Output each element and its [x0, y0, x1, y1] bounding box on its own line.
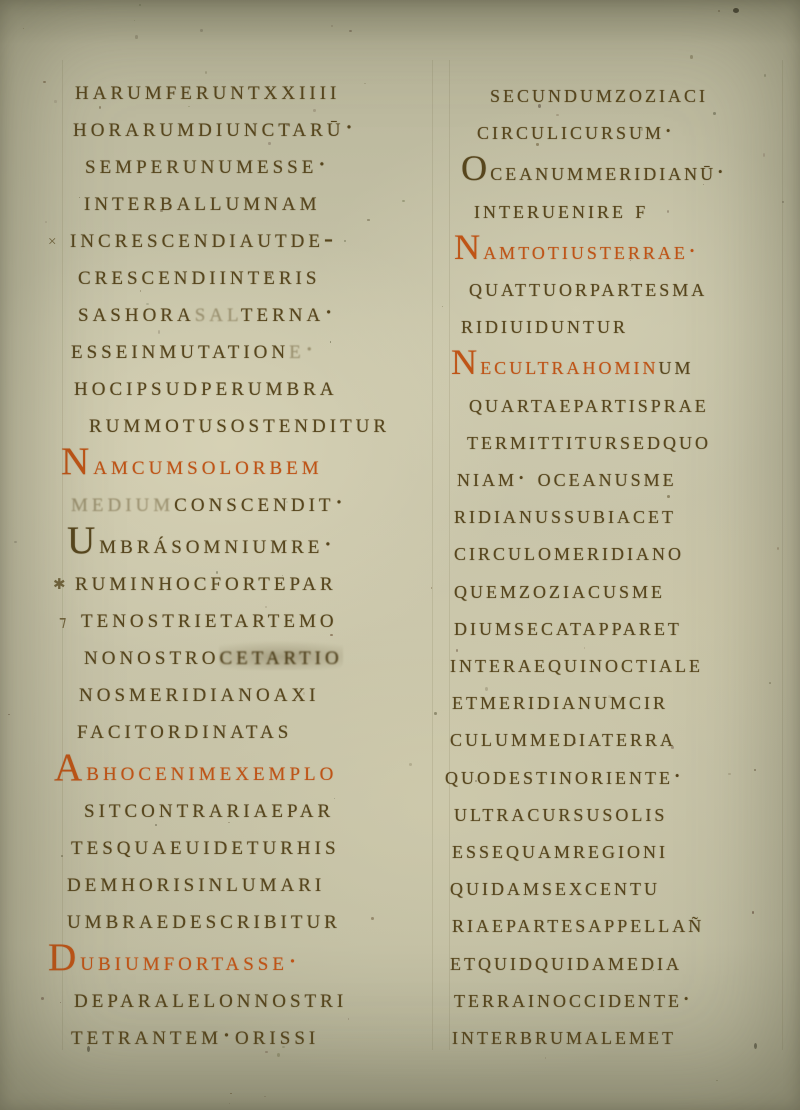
manuscript-line: rummotusostenditur [89, 405, 450, 442]
manuscript-line: interbrumalemet [452, 1018, 795, 1055]
manuscript-line: horarumdiunctarū· [73, 109, 450, 146]
text-segment: conscendit· [174, 487, 347, 517]
manuscript-line: terrainoccidente· [454, 981, 795, 1018]
margin-mark: ✱ [53, 567, 66, 604]
text-segment: harumferuntxxiiii [75, 75, 340, 105]
text-segment: ridianussubiacet [454, 502, 676, 529]
manuscript-line: Dubiumfortasse· [48, 938, 450, 980]
text-segment: Umbrásomniumre· [67, 529, 336, 559]
text-segment: cetartio [219, 640, 342, 670]
manuscript-line: riaepartesappellañ [452, 906, 795, 943]
text-segment: sashora [78, 297, 195, 327]
text-column-right: secundumzoziacicirculicursum·Oceanummeri… [445, 76, 795, 1055]
manuscript-line: sashorasalterna· [78, 294, 450, 331]
parchment-speck [135, 35, 138, 39]
initial-letter: A [54, 746, 86, 789]
text-segment: Abhocenimexemplo [54, 756, 337, 786]
manuscript-line: Namtotiusterrae· [454, 229, 795, 270]
text-segment: quartaepartisprae [469, 391, 709, 418]
manuscript-line: circulomeridiano [454, 534, 795, 571]
manuscript-line: quidamsexcentu [450, 869, 795, 906]
text-segment: tesquaeuideturhis [71, 830, 340, 860]
text-segment: facitordinatas [77, 714, 292, 744]
manuscript-line: quemzoziacusme [454, 572, 795, 609]
initial-letter: N [451, 342, 480, 382]
manuscript-line: quartaepartisprae [469, 386, 795, 423]
margin-mark: ⁊ [59, 604, 66, 641]
parchment-speck [134, 20, 136, 21]
manuscript-line: sitcontrariaepar [84, 790, 450, 827]
text-segment: nonostro [84, 640, 219, 670]
manuscript-line: Namcumsolorbem [61, 442, 450, 484]
text-segment: etmeridianumcir [452, 688, 668, 715]
text-segment: niam· oceanusme [457, 465, 677, 492]
manuscript-line: tesquaeuideturhis [71, 827, 450, 864]
parchment-speck [545, 1057, 547, 1058]
manuscript-line: culummediaterra [450, 720, 795, 757]
manuscript-line: secundumzoziaci [490, 76, 795, 113]
manuscript-line: quodestinoriente· [445, 758, 795, 795]
manuscript-line: ⁊tenostrietartemo [81, 600, 450, 637]
manuscript-line: essequamregioni [452, 832, 795, 869]
manuscript-line: niam· oceanusme [457, 460, 795, 497]
text-segment: Oceanummeridianū· [461, 159, 728, 186]
text-segment: interaequinoctiale [450, 651, 703, 678]
manuscript-line: termittitursedquo [467, 423, 795, 460]
manuscript-line: umbraedescribitur [67, 901, 450, 938]
text-segment: nosmeridianoaxi [79, 677, 320, 707]
text-segment: esseinmutation [71, 334, 289, 364]
manuscript-line: semperunumesse· [85, 146, 450, 183]
text-segment: terna· [241, 297, 337, 327]
manuscript-line: Oceanummeridianū· [461, 150, 795, 191]
manuscript-line: Umbrásomniumre· [67, 521, 450, 563]
manuscript-line: facitordinatas [77, 711, 450, 748]
text-segment: circulicursum· [477, 118, 675, 145]
parchment-speck [349, 30, 352, 32]
parchment-speck [8, 714, 10, 716]
manuscript-line: diumsecatapparet [454, 609, 795, 646]
parchment-speck [716, 1080, 718, 1081]
text-segment: quemzoziacusme [454, 577, 665, 604]
parchment-speck [230, 1093, 232, 1095]
text-segment: interuenire f [474, 197, 648, 224]
manuscript-line: deparalelonnostri [74, 980, 450, 1017]
text-segment: secundumzoziaci [490, 81, 708, 108]
text-segment: um [659, 353, 694, 380]
text-segment: diumsecatapparet [454, 614, 682, 641]
text-segment: tenostrietartemo [81, 603, 338, 633]
text-segment: quidamsexcentu [450, 874, 660, 901]
initial-letter: U [67, 519, 99, 562]
margin-mark: × [48, 224, 56, 261]
parchment-speck [23, 28, 24, 29]
text-segment: culummediaterra [450, 725, 676, 752]
ink-blot [733, 8, 739, 13]
text-segment: terrainoccidente· [454, 986, 693, 1013]
parchment-speck [690, 55, 693, 59]
text-segment: circulomeridiano [454, 539, 684, 566]
manuscript-line: nosmeridianoaxi [79, 674, 450, 711]
text-segment: ruminhocfortepar [75, 566, 337, 596]
text-segment: semperunumesse· [85, 149, 330, 179]
manuscript-line: hocipsudperumbra [74, 368, 450, 405]
parchment-speck [41, 997, 44, 1000]
parchment-speck [43, 81, 46, 84]
manuscript-line: harumferuntxxiiii [75, 72, 450, 109]
manuscript-line: interaequinoctiale [450, 646, 795, 683]
manuscript-line: interuenire f [474, 192, 795, 229]
text-segment: crescendiinteris [78, 260, 320, 290]
manuscript-page: harumferuntxxiiiihorarumdiunctarū·semper… [0, 0, 800, 1110]
parchment-speck [139, 4, 142, 6]
manuscript-line: demhorisinlumari [67, 864, 450, 901]
text-segment: demhorisinlumari [67, 867, 325, 897]
manuscript-line: ultracursusolis [454, 795, 795, 832]
text-segment: horarumdiunctarū· [73, 112, 357, 142]
manuscript-line: interballumnam [84, 183, 450, 220]
text-segment: Namtotiusterrae· [454, 238, 699, 265]
parchment-speck [331, 25, 333, 27]
manuscript-line: circulicursum· [477, 113, 795, 150]
parchment-speck [200, 29, 203, 32]
manuscript-line: ✱ruminhocfortepar [75, 563, 450, 600]
manuscript-line: etmeridianumcir [452, 683, 795, 720]
text-segment: interballumnam [84, 186, 321, 216]
parchment-speck [229, 1103, 230, 1104]
manuscript-line: mediumconscendit· [71, 484, 450, 521]
text-segment: e· [289, 334, 318, 364]
text-segment: hocipsudperumbra [74, 371, 338, 401]
manuscript-line: Abhocenimexemplo [54, 748, 450, 790]
parchment-speck [264, 1096, 265, 1097]
manuscript-line: ×increscendiautde- [70, 220, 450, 257]
text-segment: Necultrahomin [451, 353, 659, 380]
manuscript-line: etquidquidamedia [450, 944, 795, 981]
parchment-speck [14, 541, 17, 543]
text-segment: Namcumsolorbem [61, 450, 323, 480]
text-segment: rummotusostenditur [89, 408, 390, 438]
text-column-left: harumferuntxxiiiihorarumdiunctarū·semper… [48, 72, 450, 1054]
text-segment: sal [195, 297, 241, 327]
manuscript-line: quattuorpartesma [469, 270, 795, 307]
text-segment: deparalelonnostri [74, 983, 347, 1013]
text-segment: quattuorpartesma [469, 275, 707, 302]
manuscript-line: Necultrahominum [451, 344, 795, 385]
text-segment: riaepartesappellañ [452, 911, 704, 938]
initial-letter: N [454, 227, 483, 267]
manuscript-line: tetrantem·orissi [71, 1017, 450, 1054]
text-segment: increscendiautde- [70, 223, 337, 253]
initial-letter: N [61, 440, 93, 483]
text-segment: quodestinoriente· [445, 763, 684, 790]
manuscript-line: crescendiinteris [78, 257, 450, 294]
text-segment: ridiuiduntur [461, 312, 628, 339]
text-segment: umbraedescribitur [67, 904, 341, 934]
parchment-speck [718, 10, 720, 12]
initial-letter: D [48, 936, 80, 979]
text-segment: ultracursusolis [454, 800, 667, 827]
initial-letter: O [461, 148, 490, 188]
text-segment: essequamregioni [452, 837, 668, 864]
manuscript-line: ridiuiduntur [461, 307, 795, 344]
text-segment: medium [71, 487, 174, 517]
text-segment: interbrumalemet [452, 1023, 676, 1050]
text-segment: sitcontrariaepar [84, 793, 334, 823]
text-segment: termittitursedquo [467, 428, 711, 455]
manuscript-line: nonostrocetartio [84, 637, 450, 674]
text-segment: etquidquidamedia [450, 949, 682, 976]
text-segment: Dubiumfortasse· [48, 946, 301, 976]
manuscript-line: esseinmutatione· [71, 331, 450, 368]
text-segment: tetrantem·orissi [71, 1020, 319, 1050]
manuscript-line: ridianussubiacet [454, 497, 795, 534]
